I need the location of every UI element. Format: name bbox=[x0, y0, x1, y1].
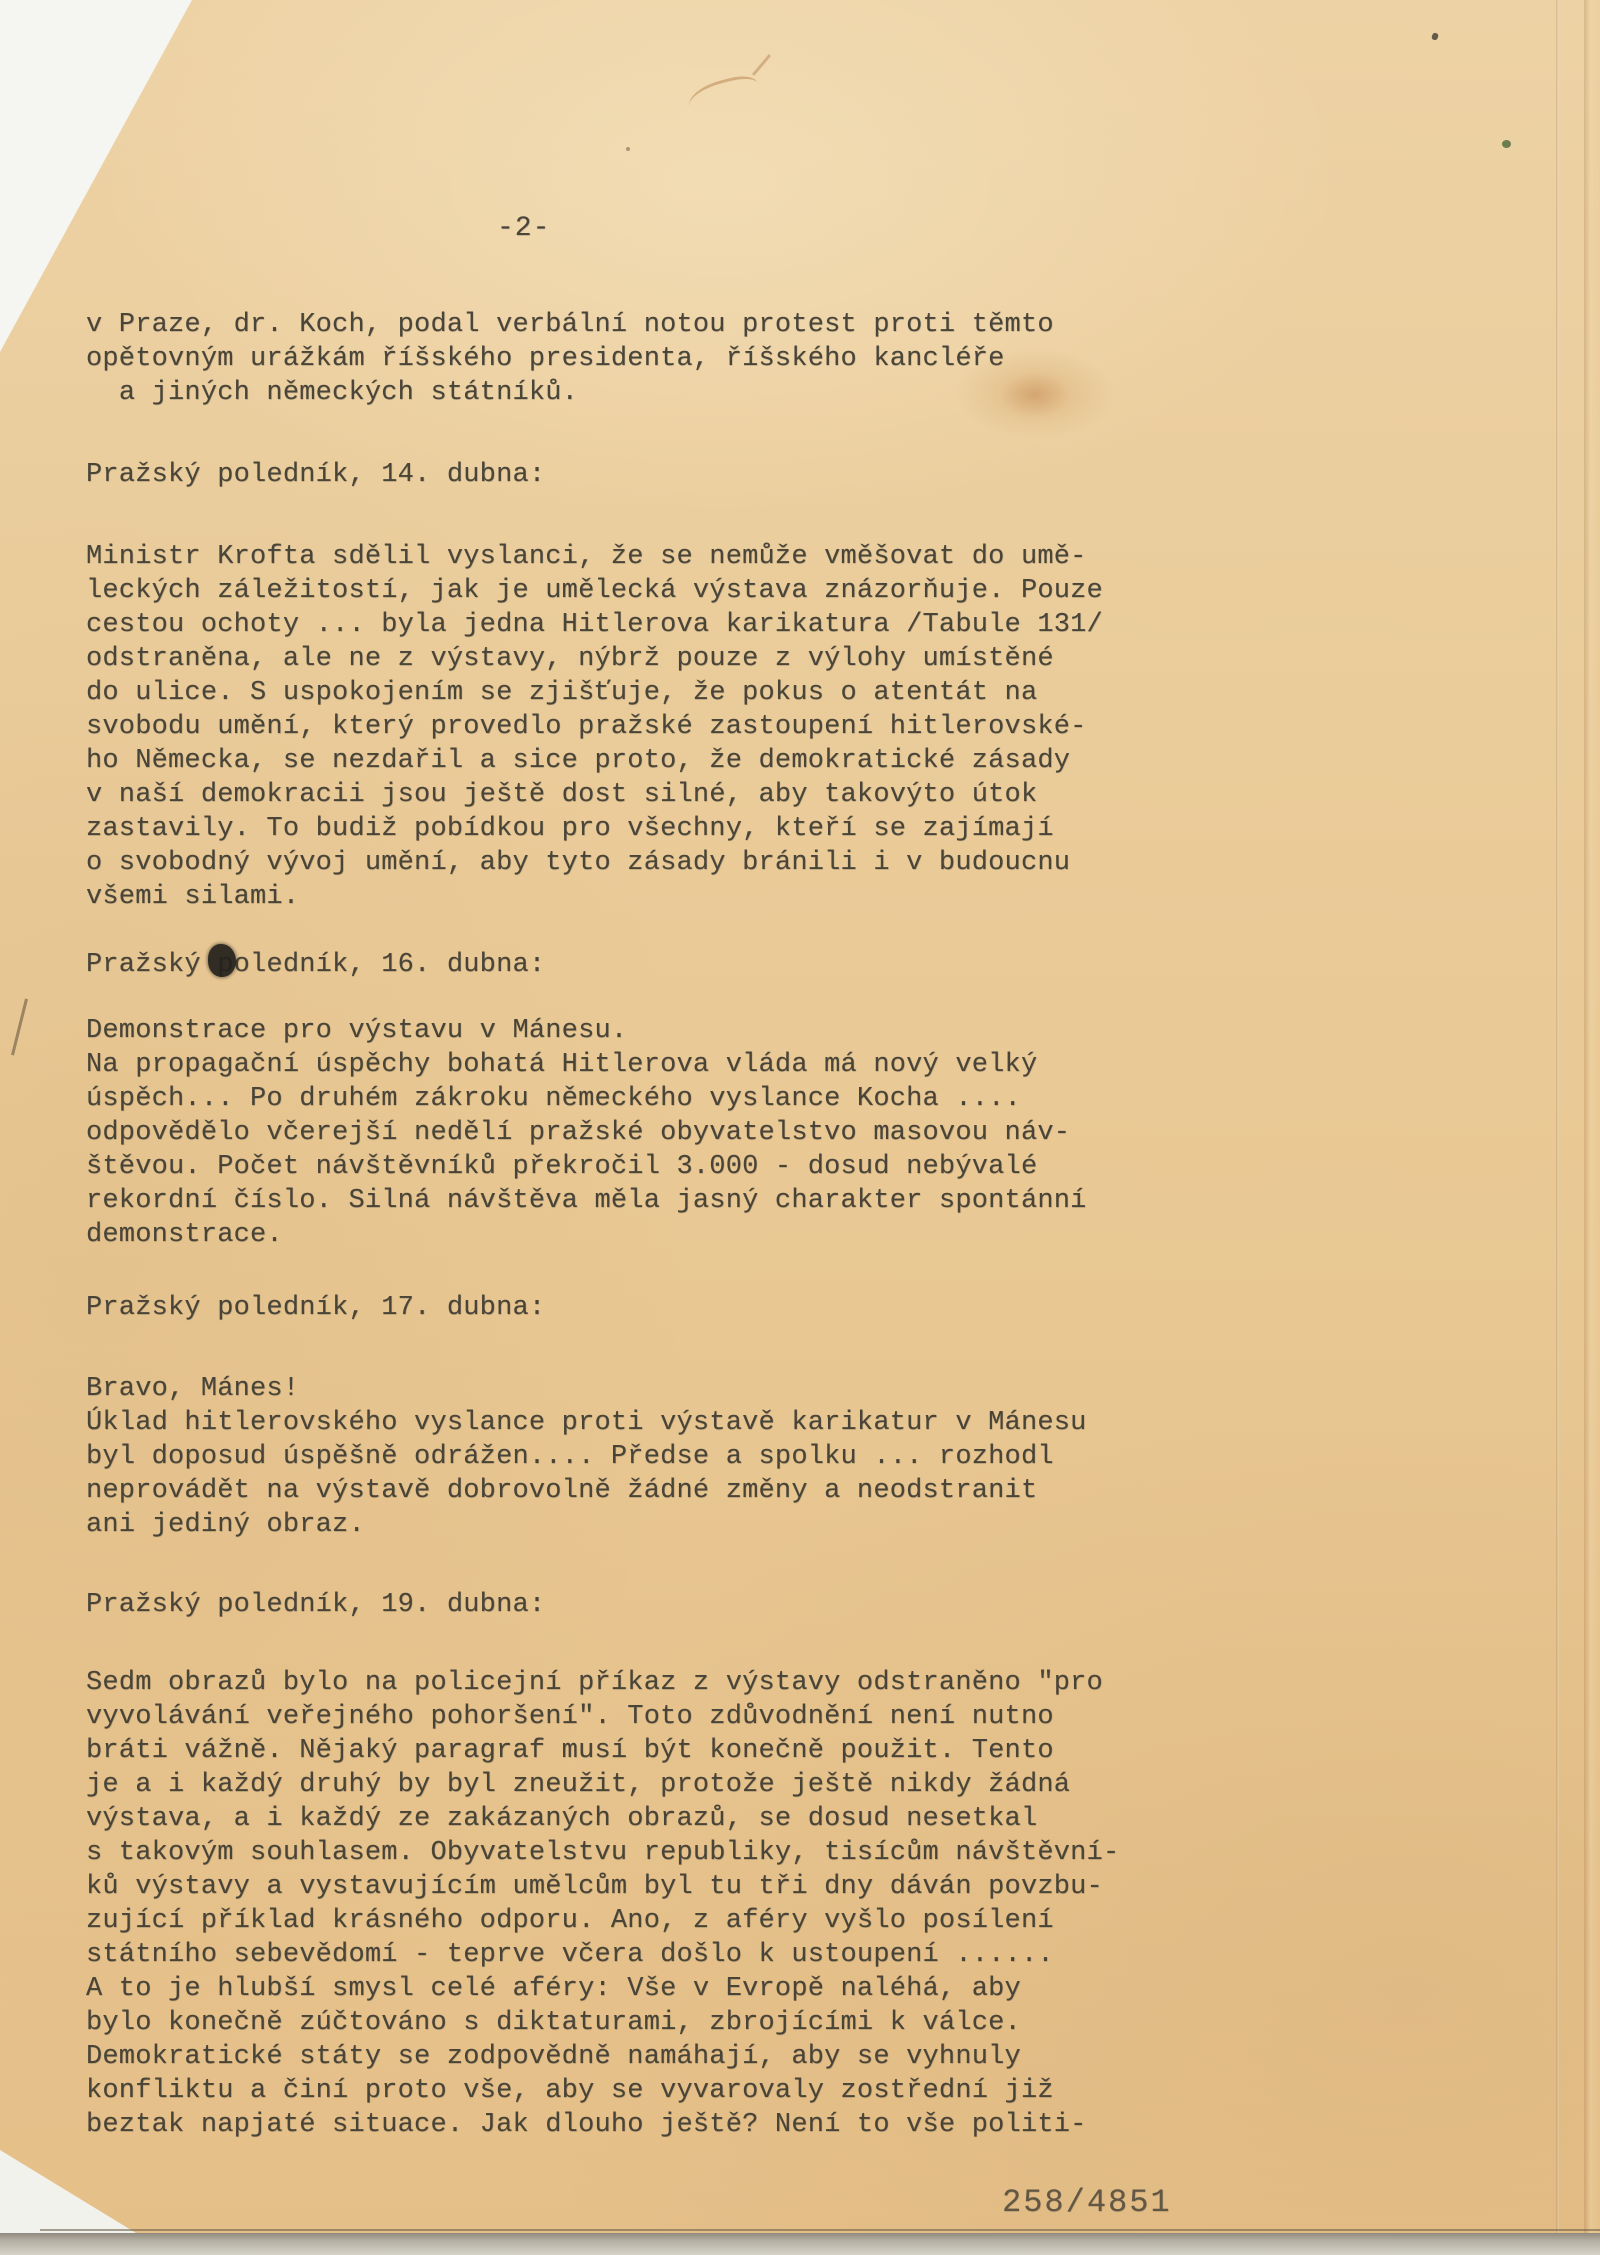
section-heading-april-19: Pražský poledník, 19. dubna: bbox=[86, 1588, 545, 1622]
small-speck-mark bbox=[626, 147, 630, 151]
ink-blot-mark bbox=[208, 944, 236, 977]
article-april-16: Demonstrace pro výstavu v Mánesu. Na pro… bbox=[86, 1014, 1087, 1252]
section-heading-april-14: Pražský poledník, 14. dubna: bbox=[86, 458, 545, 492]
article-april-17: Bravo, Mánes! Úklad hitlerovského vyslan… bbox=[86, 1372, 1087, 1542]
page-edge-right-strip bbox=[1584, 0, 1600, 2255]
pen-squiggle-mark bbox=[685, 72, 763, 121]
scanned-document-page: -2- v Praze, dr. Koch, podal verbální no… bbox=[0, 0, 1600, 2255]
page-number: -2- bbox=[497, 212, 550, 246]
paper-bottom-edge-line bbox=[40, 2229, 1600, 2231]
article-april-14: Ministr Krofta sdělil vyslanci, že se ne… bbox=[86, 540, 1103, 914]
continuation-paragraph: v Praze, dr. Koch, podal verbální notou … bbox=[86, 308, 1054, 410]
reference-number: 258/4851 bbox=[1002, 2186, 1172, 2220]
section-heading-april-17: Pražský poledník, 17. dubna: bbox=[86, 1291, 545, 1325]
pen-tick-mark bbox=[752, 54, 771, 76]
section-heading-april-16: Pražský poledník, 16. dubna: bbox=[86, 948, 545, 982]
paper-crease-right bbox=[1556, 0, 1559, 2255]
dark-speck-mark bbox=[1431, 32, 1439, 41]
scan-corner-top-left bbox=[0, 0, 192, 352]
rust-stain-core bbox=[1000, 372, 1070, 418]
green-speck-mark bbox=[1502, 140, 1511, 148]
margin-slash-mark bbox=[11, 998, 28, 1055]
scan-bottom-strip bbox=[0, 2233, 1600, 2255]
article-april-19: Sedm obrazů bylo na policejní příkaz z v… bbox=[86, 1666, 1119, 2142]
